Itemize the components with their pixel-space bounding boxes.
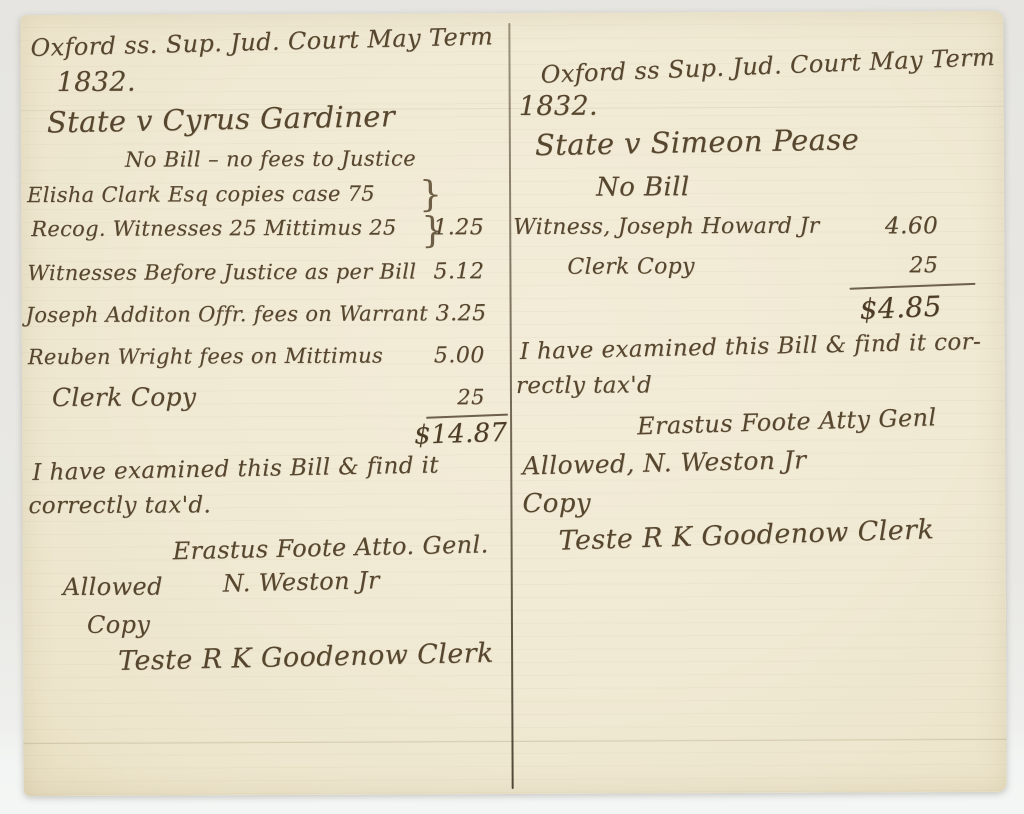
- fee-desc: Joseph Additon Offr. fees on Warrant: [26, 301, 428, 327]
- fee-amount: 25: [909, 253, 938, 278]
- left-no-bill-note: No Bill – no fees to Justice: [125, 146, 416, 171]
- fee-row: Clerk Copy 25: [52, 381, 485, 412]
- right-teste-signature: Teste R K Goodenow Clerk: [558, 514, 934, 556]
- left-certification-line1: I have examined this Bill & find it: [32, 452, 439, 485]
- fee-row: Reuben Wright fees on Mittimus 5.00: [28, 343, 485, 369]
- fee-row: Elisha Clark Esq copies case 75: [27, 181, 484, 207]
- fee-row: Recog. Witnesses 25 Mittimus 25 1.25: [31, 215, 484, 241]
- fee-desc: Reuben Wright fees on Mittimus: [28, 344, 383, 370]
- right-certification-line1: I have examined this Bill & find it cor-: [520, 329, 982, 365]
- left-teste-signature: Teste R K Goodenow Clerk: [118, 638, 494, 677]
- fee-row: Witness, Joseph Howard Jr 4.60: [513, 213, 938, 240]
- fee-amount: 3.25: [436, 301, 487, 326]
- left-year: 1832.: [57, 67, 136, 98]
- left-certification-line2: correctly tax'd.: [28, 492, 211, 519]
- right-year: 1832.: [519, 91, 598, 122]
- right-total: $4.85: [859, 290, 942, 326]
- fee-desc: Witness, Joseph Howard Jr: [513, 214, 819, 240]
- fee-desc: Recog. Witnesses 25 Mittimus 25: [31, 216, 396, 242]
- fee-row: Witnesses Before Justice as per Bill 5.1…: [27, 259, 484, 285]
- fee-amount: 4.60: [885, 213, 938, 239]
- fee-amount: 5.00: [434, 343, 485, 368]
- brace-glyph: }: [419, 177, 442, 213]
- fee-desc: Clerk Copy: [52, 382, 196, 412]
- right-no-bill-note: No Bill: [596, 172, 690, 202]
- right-attorney-signature: Erastus Foote Atty Genl: [637, 403, 937, 440]
- fee-amount: 5.12: [433, 259, 484, 284]
- fee-row: Joseph Additon Offr. fees on Warrant 3.2…: [26, 301, 487, 327]
- sum-rule: [850, 283, 976, 290]
- fee-row: Clerk Copy 25: [567, 253, 938, 280]
- photo-background: Oxford ss. Sup. Jud. Court May Term 1832…: [0, 0, 1024, 814]
- left-copy-label: Copy: [87, 611, 150, 639]
- right-copy-label: Copy: [522, 489, 591, 519]
- left-court-header: Oxford ss. Sup. Jud. Court May Term: [30, 22, 493, 62]
- brace-glyph: }: [421, 213, 444, 249]
- fee-desc: Witnesses Before Justice as per Bill: [27, 259, 416, 285]
- left-case-title: State v Cyrus Gardiner: [46, 99, 395, 139]
- left-judge-signature: N. Weston Jr: [222, 566, 380, 597]
- fee-amount: 25: [457, 385, 485, 409]
- manuscript-sheet: Oxford ss. Sup. Jud. Court May Term 1832…: [20, 11, 1006, 796]
- left-allowed-label: Allowed: [63, 573, 163, 601]
- page-right: Oxford ss Sup. Jud. Court May Term 1832.…: [510, 11, 1006, 794]
- left-total: $14.87: [413, 418, 507, 451]
- page-left: Oxford ss. Sup. Jud. Court May Term 1832…: [20, 13, 512, 796]
- fee-desc: Elisha Clark Esq copies case 75: [27, 182, 375, 208]
- left-attorney-signature: Erastus Foote Atto. Genl.: [172, 530, 489, 565]
- fee-desc: Clerk Copy: [567, 254, 694, 280]
- right-court-header: Oxford ss Sup. Jud. Court May Term: [540, 43, 996, 89]
- right-allowed-line: Allowed, N. Weston Jr: [522, 445, 807, 480]
- right-certification-line2: rectly tax'd: [516, 372, 652, 399]
- right-case-title: State v Simeon Pease: [535, 122, 860, 162]
